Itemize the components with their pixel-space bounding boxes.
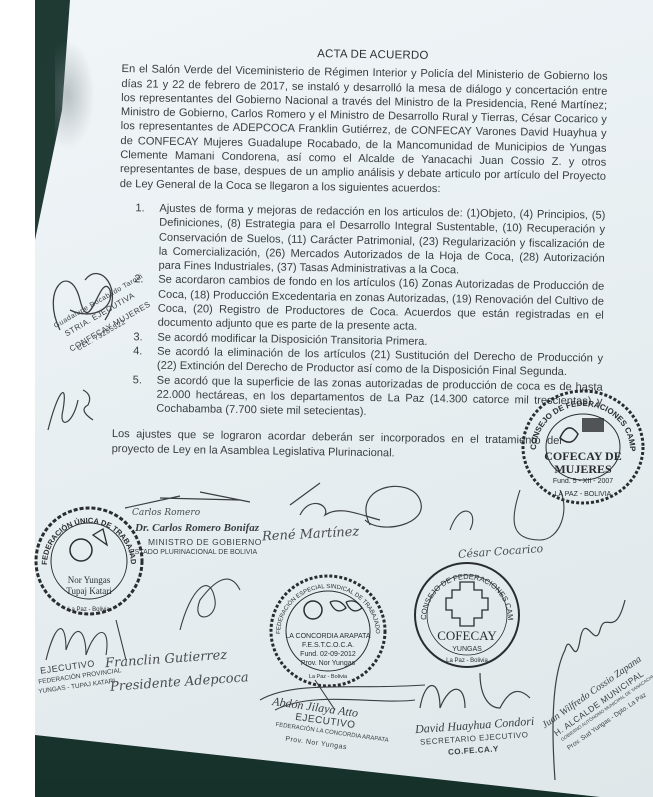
romero-org: ESTADO PLURINACIONAL DE BOLIVIA bbox=[130, 549, 257, 556]
svg-text:FEDERACIÓN ÚNICA DE TRABAJADOR: FEDERACIÓN ÚNICA DE TRABAJADORES CAMPESI… bbox=[33, 505, 138, 565]
agreement-item: 2.Se acordaron cambios de fondo en los a… bbox=[128, 273, 605, 338]
svg-text:MUJERES: MUJERES bbox=[554, 462, 612, 476]
signature-left-margin bbox=[38, 370, 118, 440]
svg-text:F.E.S.T.C.O.C.A.: F.E.S.T.C.O.C.A. bbox=[302, 642, 354, 649]
romero-name: Dr. Carlos Romero Bonifaz bbox=[135, 522, 259, 534]
signature-huayhua-scribble bbox=[410, 668, 540, 718]
svg-text:La Paz - Bolivia: La Paz - Bolivia bbox=[446, 658, 488, 664]
svg-text:COFECAY: COFECAY bbox=[437, 628, 497, 643]
svg-text:LA CONCORDIA ARAPATA: LA CONCORDIA ARAPATA bbox=[285, 633, 371, 640]
romero-title: MINISTRO DE GOBIERNO bbox=[148, 537, 262, 547]
svg-text:Tupaj Katari: Tupaj Katari bbox=[66, 586, 112, 596]
svg-text:YUNGAS: YUNGAS bbox=[452, 646, 482, 653]
portrait-icon bbox=[70, 539, 92, 561]
svg-text:Fund. 02-09-2012: Fund. 02-09-2012 bbox=[300, 651, 356, 658]
horn-icon bbox=[93, 529, 107, 545]
svg-text:Fund. 5 - XII - 2007: Fund. 5 - XII - 2007 bbox=[553, 478, 613, 485]
chakana-cross-icon bbox=[446, 582, 488, 626]
svg-text:CONSEJO DE FEDERACIONES CAMPES: CONSEJO DE FEDERACIONES CAMPESINAS bbox=[412, 560, 515, 621]
portrait-icon bbox=[304, 601, 322, 619]
agreement-item: 1.Ajustes de forma y mejoras de redacció… bbox=[128, 201, 605, 280]
svg-text:Nor Yungas: Nor Yungas bbox=[68, 575, 111, 585]
stamp-cofecay-mujeres: CONSEJO DE FEDERACIONES CAMPESINAS DE YU… bbox=[520, 388, 646, 506]
flag-icon bbox=[582, 418, 604, 432]
page-shadow bbox=[55, 40, 95, 150]
signature-guadalupe: Guadalupe Rocabado Tarqui STRIA. EJECUTI… bbox=[30, 250, 150, 360]
svg-text:FEDERACIÓN ESPECIAL SINDICAL D: FEDERACIÓN ESPECIAL SINDICAL DE TRABAJAD… bbox=[268, 572, 380, 634]
stamp-cofecay-yungas: CONSEJO DE FEDERACIONES CAMPESINAS COFEC… bbox=[412, 560, 522, 670]
signature-gutierrez-scribble bbox=[160, 570, 270, 640]
svg-text:Prov. Nor Yungas: Prov. Nor Yungas bbox=[301, 660, 356, 667]
leaf-icon bbox=[560, 428, 578, 442]
intro-paragraph: En el Salón Verde del Viceministerio de … bbox=[120, 62, 608, 198]
coca-leaf-icon bbox=[330, 601, 362, 611]
svg-text:COFECAY DE: COFECAY DE bbox=[544, 449, 621, 463]
stamp-tupaj-katari: FEDERACIÓN ÚNICA DE TRABAJADORES CAMPESI… bbox=[33, 505, 145, 617]
